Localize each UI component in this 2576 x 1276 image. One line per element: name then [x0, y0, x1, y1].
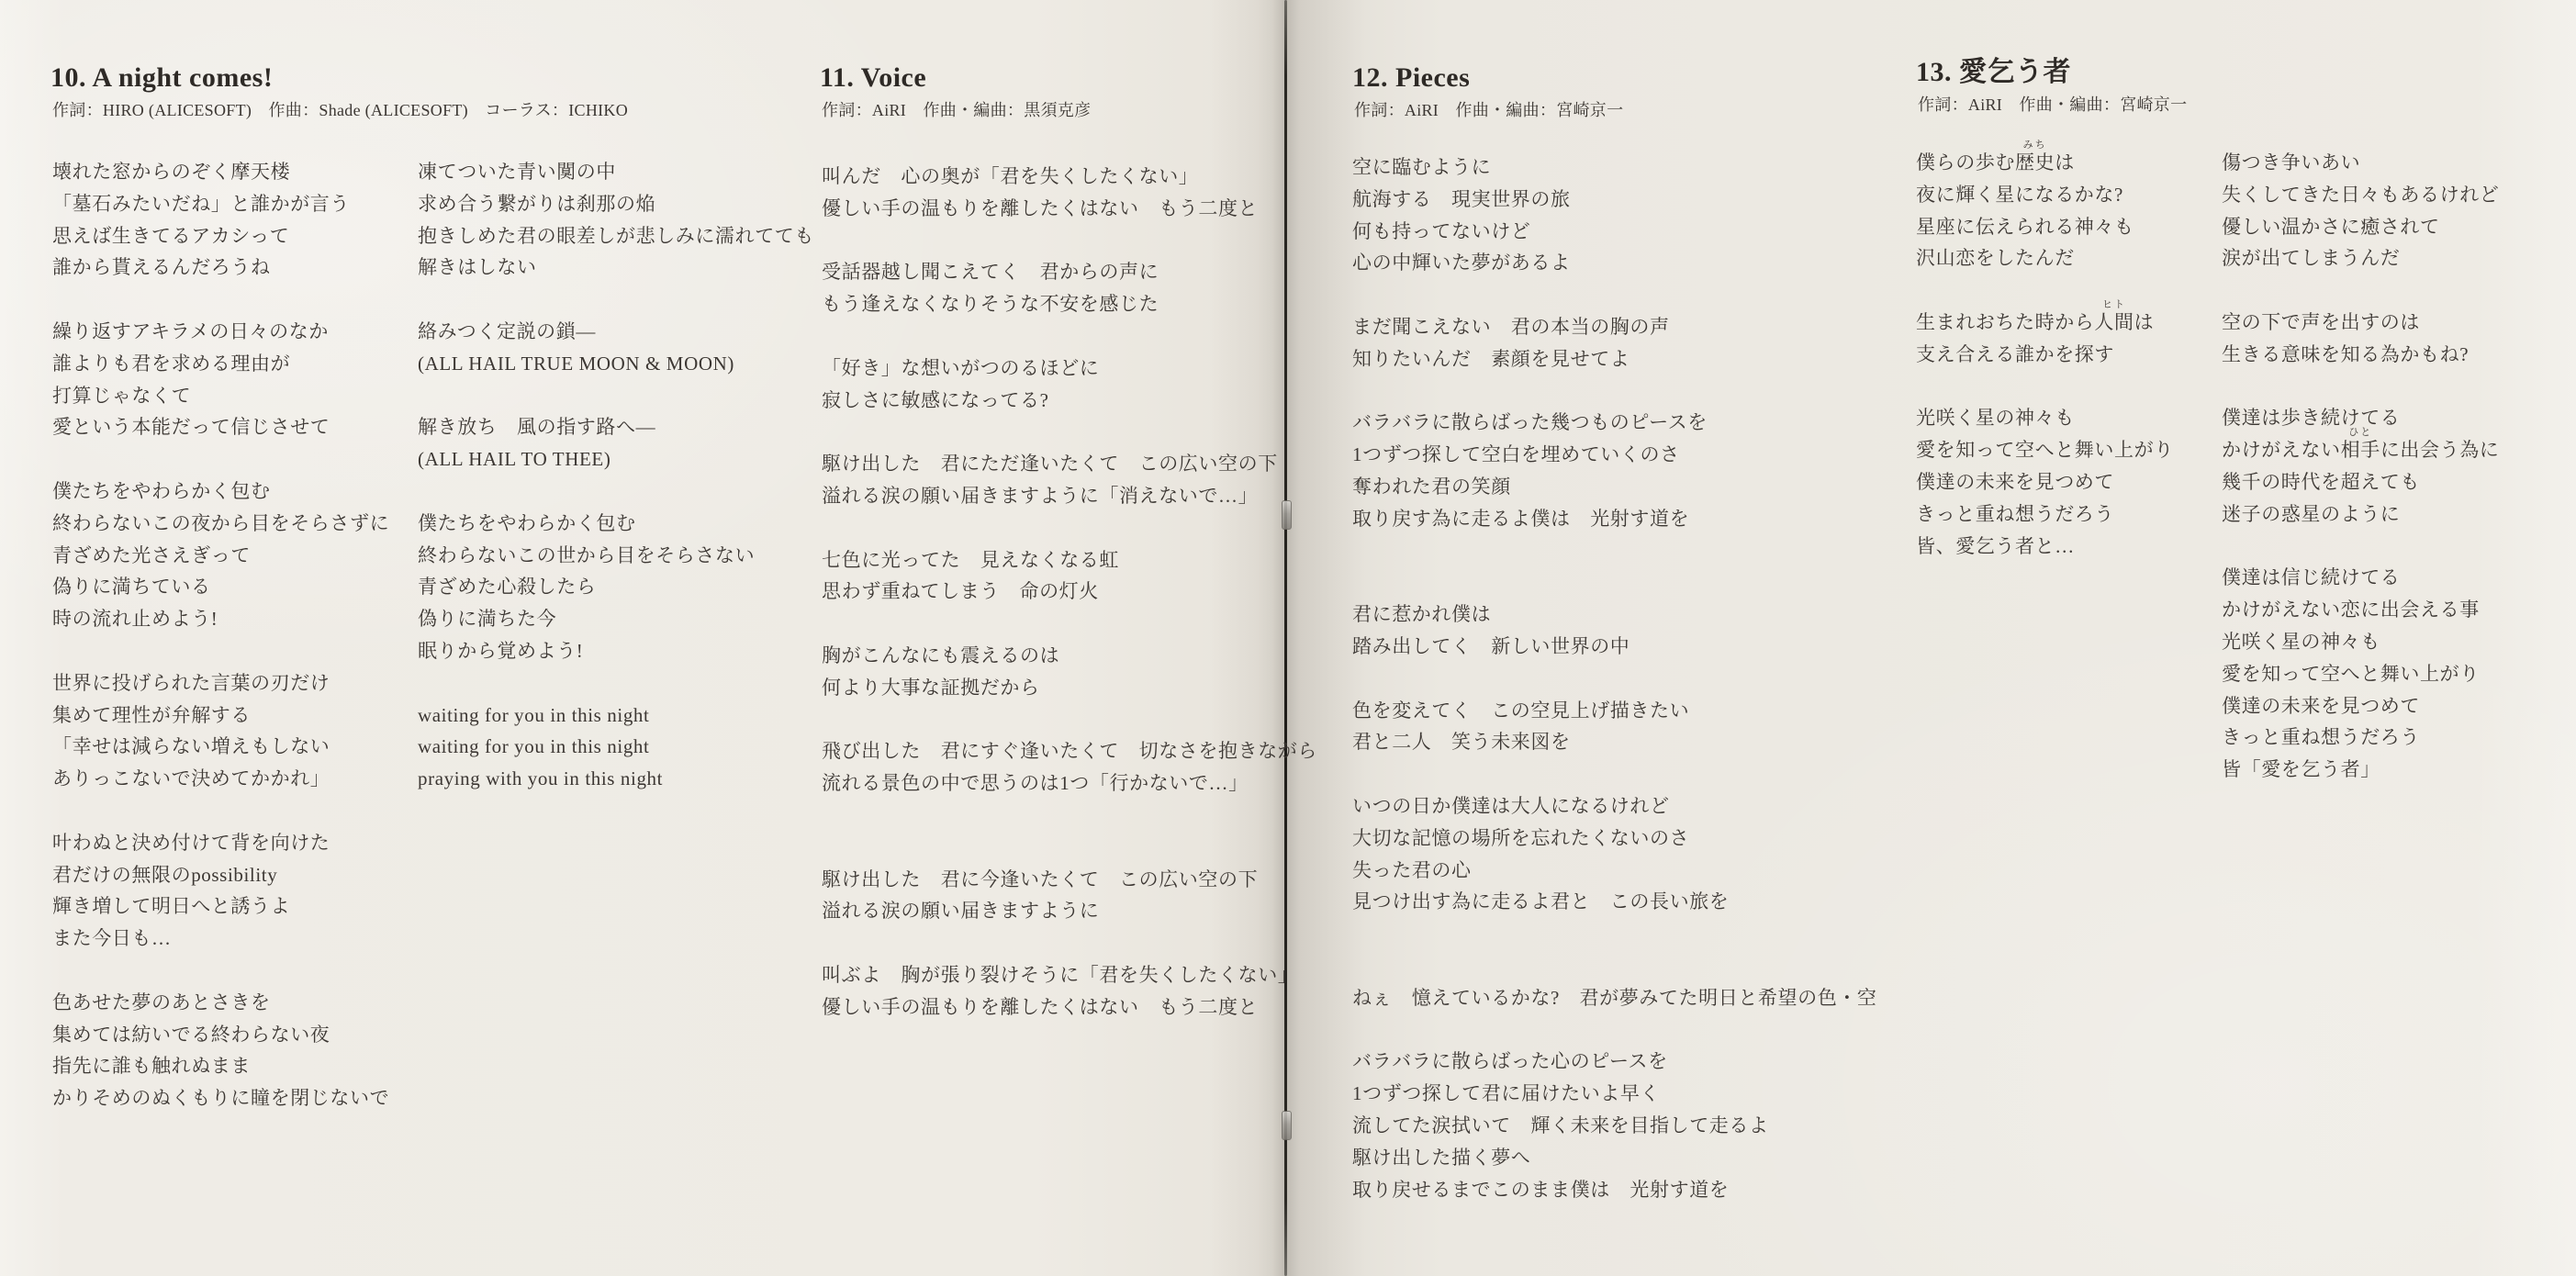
lyric-line: 七色に光ってた 見えなくなる虹: [822, 544, 1317, 576]
lyric-line: 取り戻せるまでこのまま僕は 光射す道を: [1352, 1174, 1877, 1206]
lyric-line: 涙が出てしまうんだ: [2222, 242, 2499, 274]
lyric-line: 優しい温かさに癒されて: [2222, 211, 2499, 243]
song-12-credits: 作詞：AiRI 作曲・編曲：宮崎京一: [1354, 100, 1623, 120]
lyric-line: 皆、愛乞う者と…: [1916, 531, 2174, 563]
song-13-section: 13. 愛乞う者 作詞：AiRI 作曲・編曲：宮崎京一: [1916, 57, 2187, 115]
lyric-line: 優しい手の温もりを離したくはない もう二度と: [822, 193, 1317, 225]
song-10-title: 10. A night comes!: [50, 62, 628, 94]
lyric-line: もう逢えなくなりそうな不安を感じた: [822, 288, 1317, 320]
lyric-line: 凍てついた青い闃の中: [418, 156, 814, 188]
lyric-line: 大切な記憶の場所を忘れたくないのさ: [1352, 823, 1877, 855]
song-12-title: 12. Pieces: [1352, 62, 1623, 94]
lyric-line: 叫んだ 心の奥が「君を失くしたくない」: [822, 161, 1317, 193]
lyric-line: 絡みつく定説の鎖―: [418, 316, 814, 348]
lyric-line: 君と二人 笑う未来図を: [1352, 726, 1877, 758]
lyric-line: 流してた涙拭いて 輝く未来を目指して走るよ: [1352, 1110, 1877, 1142]
lyric-line: 踏み出してく 新しい世界の中: [1352, 631, 1877, 663]
stanza: 僕たちをやわらかく包む終わらないこの夜から目をそらさずに青ざめた光さえぎって偽り…: [52, 476, 389, 635]
song-13-column-2: 傷つき争いあい失くしてきた日々もあるけれど優しい温かさに癒されて涙が出てしまうん…: [2222, 147, 2499, 786]
lyric-line: 壊れた窓からのぞく摩天楼: [52, 156, 389, 188]
stanza: 僕達は信じ続けてるかけがえない恋に出会える事光咲く星の神々も愛を知って空へと舞い…: [2222, 562, 2499, 786]
lyric-line: 僕達は信じ続けてる: [2222, 562, 2499, 594]
lyric-line: 1つずつ探して君に届けたいよ早く: [1352, 1078, 1877, 1110]
stanza: バラバラに散らばった幾つものピースを1つずつ探して空白を埋めていくのさ奪われた君…: [1352, 407, 1877, 534]
lyric-line: また今日も…: [52, 923, 389, 955]
lyric-line: 優しい手の温もりを離したくはない もう二度と: [822, 991, 1317, 1024]
stanza: まだ聞こえない 君の本当の胸の声知りたいんだ 素顔を見せてよ: [1352, 311, 1877, 375]
stanza: ねぇ 憶えているかな? 君が夢みてた明日と希望の色・空: [1352, 982, 1877, 1014]
lyric-line: waiting for you in this night: [418, 700, 814, 732]
stanza: 君に惹かれ僕は踏み出してく 新しい世界の中: [1352, 599, 1877, 663]
lyric-line: 皆「愛を乞う者」: [2222, 754, 2499, 786]
song-10-column-1: 壊れた窓からのぞく摩天楼「墓石みたいだね」と誰かが言う思えば生きてるアカシって誰…: [52, 156, 389, 1114]
lyric-line: [418, 380, 814, 412]
lyric-line: 生きる意味を知る為かもね?: [2222, 339, 2499, 371]
song-11-credits: 作詞：AiRI 作曲・編曲：黒須克彦: [822, 100, 1091, 120]
lyric-line: 駆け出した 君にただ逢いたくて この広い空の下: [822, 448, 1317, 480]
stanza: 僕たちをやわらかく包む終わらないこの世から目をそらさない青ざめた心殺したら偽りに…: [418, 508, 814, 667]
lyric-line: かけがえない恋に出会える事: [2222, 594, 2499, 626]
lyric-line: 知りたいんだ 素顔を見せてよ: [1352, 343, 1877, 375]
lyric-line: バラバラに散らばった幾つものピースを: [1352, 407, 1877, 439]
lyric-line: きっと重ね想うだろう: [1916, 498, 2174, 531]
ruby-base: みち歴史: [2015, 151, 2055, 173]
stanza: waiting for you in this nightwaiting for…: [418, 700, 814, 795]
lyric-line: まだ聞こえない 君の本当の胸の声: [1352, 311, 1877, 343]
lyric-line: 愛を知って空へと舞い上がり: [2222, 658, 2499, 690]
stanza: 世界に投げられた言葉の刃だけ集めて理性が弁解する「幸せは減らない増えもしないあり…: [52, 667, 389, 795]
stanza: バラバラに散らばった心のピースを1つずつ探して君に届けたいよ早く流してた涙拭いて…: [1352, 1046, 1877, 1205]
lyric-line: 愛を知って空へと舞い上がり: [1916, 434, 2174, 466]
lyric-line: 色あせた夢のあとさきを: [52, 987, 389, 1019]
lyric-line: 繰り返すアキラメの日々のなか: [52, 316, 389, 348]
lyric-line: 見つけ出す為に走るよ君と この長い旅を: [1352, 886, 1877, 918]
stanza: 受話器越し聞こえてく 君からの声にもう逢えなくなりそうな不安を感じた: [822, 256, 1317, 320]
lyric-line: 終わらないこの世から目をそらさない: [418, 540, 814, 572]
lyric-line: 抱きしめた君の眼差しが悲しみに濡れてても: [418, 220, 814, 252]
lyric-line: 集めて理性が弁解する: [52, 700, 389, 732]
lyric-line: 迷子の惑星のように: [2222, 498, 2499, 531]
lyric-line: waiting for you in this night: [418, 731, 814, 763]
stanza: 胸がこんなにも震えるのは何より大事な証拠だから: [822, 640, 1317, 704]
stanza: 光咲く星の神々も愛を知って空へと舞い上がり僕達の未来を見つめてきっと重ね想うだろ…: [1916, 402, 2174, 562]
lyric-line: 「墓石みたいだね」と誰かが言う: [52, 188, 389, 220]
lyric-line: 寂しさに敏感になってる?: [822, 385, 1317, 417]
stanza: 空の下で声を出すのは生きる意味を知る為かもね?: [2222, 307, 2499, 371]
song-10-section: 10. A night comes! 作詞：HIRO (ALICESOFT) 作…: [50, 62, 628, 120]
lyric-line: 空に臨むように: [1352, 151, 1877, 184]
lyric-line: 何より大事な証拠だから: [822, 672, 1317, 704]
lyric-line: 駆け出した描く夢へ: [1352, 1142, 1877, 1174]
lyric-line: かけがえないひと相手に出会う為に: [2222, 434, 2499, 466]
lyric-line: ありっこないで決めてかかれ」: [52, 763, 389, 795]
lyric-line: 失くしてきた日々もあるけれど: [2222, 179, 2499, 211]
lyric-line: 君だけの無限のpossibility: [52, 859, 389, 891]
ruby-base: ひと相手: [2341, 439, 2380, 461]
ruby-base: ヒト人間: [2094, 311, 2134, 333]
lyric-line: 僕らの歩むみち歴史は: [1916, 147, 2174, 179]
lyric-line: 胸がこんなにも震えるのは: [822, 640, 1317, 672]
lyric-line: バラバラに散らばった心のピースを: [1352, 1046, 1877, 1078]
lyric-line: 光咲く星の神々も: [1916, 402, 2174, 434]
stanza: 凍てついた青い闃の中求め合う繋がりは刹那の焔抱きしめた君の眼差しが悲しみに濡れて…: [418, 156, 814, 284]
lyric-line: 光咲く星の神々も: [2222, 626, 2499, 658]
lyric-line: 集めては紡いでる終わらない夜: [52, 1019, 389, 1051]
lyric-line: (ALL HAIL TRUE MOON & MOON): [418, 348, 814, 380]
lyric-line: 取り戻す為に走るよ僕は 光射す道を: [1352, 503, 1877, 535]
lyric-line: 求め合う繋がりは刹那の焔: [418, 188, 814, 220]
stanza: 駆け出した 君にただ逢いたくて この広い空の下溢れる涙の願い届きますように「消え…: [822, 448, 1317, 512]
lyric-line: 眠りから覚めよう!: [418, 635, 814, 667]
lyric-line: 失った君の心: [1352, 855, 1877, 887]
lyric-line: 駆け出した 君に今逢いたくて この広い空の下: [822, 864, 1317, 896]
lyric-line: 世界に投げられた言葉の刃だけ: [52, 667, 389, 700]
lyric-line: 生まれおちた時からヒト人間は: [1916, 307, 2174, 339]
song-13-column-1: 僕らの歩むみち歴史は夜に輝く星になるかな?星座に伝えられる神々も沢山恋をしたんだ…: [1916, 147, 2174, 562]
lyric-line: 輝き増して明日へと誘うよ: [52, 890, 389, 923]
lyric-line: ねぇ 憶えているかな? 君が夢みてた明日と希望の色・空: [1352, 982, 1877, 1014]
lyric-line: 色を変えてく この空見上げ描きたい: [1352, 695, 1877, 727]
stanza: 空に臨むように航海する 現実世界の旅何も持ってないけど心の中輝いた夢があるよ: [1352, 151, 1877, 279]
lyric-line: 受話器越し聞こえてく 君からの声に: [822, 256, 1317, 288]
stanza: 生まれおちた時からヒト人間は支え合える誰かを探す: [1916, 307, 2174, 371]
stanza: 色を変えてく この空見上げ描きたい君と二人 笑う未来図を: [1352, 695, 1877, 759]
stanza: 色あせた夢のあとさきを集めては紡いでる終わらない夜指先に誰も触れぬままかりそめの…: [52, 987, 389, 1114]
lyric-line: 偽りに満ちている: [52, 571, 389, 603]
stanza: 飛び出した 君にすぐ逢いたくて 切なさを抱きながら流れる景色の中で思うのは1つ「…: [822, 735, 1317, 800]
song-10-credits: 作詞：HIRO (ALICESOFT) 作曲：Shade (ALICESOFT)…: [52, 100, 628, 120]
lyric-line: 星座に伝えられる神々も: [1916, 211, 2174, 243]
lyric-line: 思えば生きてるアカシって: [52, 220, 389, 252]
lyric-line: 思わず重ねてしまう 命の灯火: [822, 576, 1317, 608]
lyric-line: (ALL HAIL TO THEE): [418, 443, 814, 476]
lyric-line: 解き放ち 風の指す路へ―: [418, 411, 814, 443]
lyric-line: 時の流れ止めよう!: [52, 603, 389, 635]
lyric-line: 溢れる涙の願い届きますように「消えないで…」: [822, 480, 1317, 512]
stanza: 僕達は歩き続けてるかけがえないひと相手に出会う為に幾千の時代を超えても迷子の惑星…: [2222, 402, 2499, 530]
lyric-line: 僕たちをやわらかく包む: [418, 508, 814, 540]
ruby-furigana: ヒト: [2102, 300, 2126, 310]
lyric-line: 幾千の時代を超えても: [2222, 466, 2499, 498]
stanza: 叶わぬと決め付けて背を向けた君だけの無限のpossibility輝き増して明日へ…: [52, 827, 389, 955]
lyric-line: 解きはしない: [418, 252, 814, 284]
stanza: 絡みつく定説の鎖―(ALL HAIL TRUE MOON & MOON) 解き放…: [418, 316, 814, 476]
lyric-line: 何も持ってないけど: [1352, 216, 1877, 248]
lyric-line: 奪われた君の笑顔: [1352, 471, 1877, 503]
stanza: 叫んだ 心の奥が「君を失くしたくない」優しい手の温もりを離したくはない もう二度…: [822, 161, 1317, 225]
stanza: 叫ぶよ 胸が張り裂けそうに「君を失くしたくない」優しい手の温もりを離したくはない…: [822, 959, 1317, 1024]
staple-bottom: [1282, 1111, 1292, 1140]
lyric-line: 青ざめた心殺したら: [418, 571, 814, 603]
lyric-line: いつの日か僕達は大人になるけれど: [1352, 790, 1877, 823]
lyric-line: 1つずつ探して空白を埋めていくのさ: [1352, 439, 1877, 471]
lyric-line: 愛という本能だって信じさせて: [52, 411, 389, 443]
song-11-title: 11. Voice: [820, 62, 1091, 94]
lyric-line: 終わらないこの夜から目をそらさずに: [52, 508, 389, 540]
lyric-line: 誰よりも君を求める理由が: [52, 348, 389, 380]
ruby-furigana: ひと: [2348, 428, 2372, 438]
lyric-line: 僕達の未来を見つめて: [2222, 690, 2499, 722]
lyric-line: 支え合える誰かを探す: [1916, 339, 2174, 371]
lyric-line: 心の中輝いた夢があるよ: [1352, 247, 1877, 279]
stanza: 壊れた窓からのぞく摩天楼「墓石みたいだね」と誰かが言う思えば生きてるアカシって誰…: [52, 156, 389, 284]
stanza: 傷つき争いあい失くしてきた日々もあるけれど優しい温かさに癒されて涙が出てしまうん…: [2222, 147, 2499, 274]
lyric-line: 「幸せは減らない増えもしない: [52, 731, 389, 763]
song-11-column-1: 叫んだ 心の奥が「君を失くしたくない」優しい手の温もりを離したくはない もう二度…: [822, 161, 1317, 1024]
lyric-line: 飛び出した 君にすぐ逢いたくて 切なさを抱きながら: [822, 735, 1317, 767]
song-10-column-2: 凍てついた青い闃の中求め合う繋がりは刹那の焔抱きしめた君の眼差しが悲しみに濡れて…: [418, 156, 814, 795]
lyric-line: praying with you in this night: [418, 763, 814, 795]
stanza: いつの日か僕達は大人になるけれど大切な記憶の場所を忘れたくないのさ失った君の心見…: [1352, 790, 1877, 918]
song-11-section: 11. Voice 作詞：AiRI 作曲・編曲：黒須克彦: [820, 62, 1091, 120]
lyric-line: 指先に誰も触れぬまま: [52, 1050, 389, 1082]
lyric-line: 航海する 現実世界の旅: [1352, 184, 1877, 216]
song-13-title: 13. 愛乞う者: [1916, 57, 2187, 88]
lyric-line: 誰から貰えるんだろうね: [52, 252, 389, 284]
lyric-line: 僕達の未来を見つめて: [1916, 466, 2174, 498]
lyric-line: 空の下で声を出すのは: [2222, 307, 2499, 339]
lyric-line: 傷つき争いあい: [2222, 147, 2499, 179]
song-12-section: 12. Pieces 作詞：AiRI 作曲・編曲：宮崎京一: [1352, 62, 1623, 120]
song-12-column-1: 空に臨むように航海する 現実世界の旅何も持ってないけど心の中輝いた夢があるよまだ…: [1352, 151, 1877, 1205]
stanza: 駆け出した 君に今逢いたくて この広い空の下溢れる涙の願い届きますように: [822, 864, 1317, 928]
stanza: 七色に光ってた 見えなくなる虹思わず重ねてしまう 命の灯火: [822, 544, 1317, 609]
lyric-line: 沢山恋をしたんだ: [1916, 242, 2174, 274]
lyric-line: 夜に輝く星になるかな?: [1916, 179, 2174, 211]
stanza: 僕らの歩むみち歴史は夜に輝く星になるかな?星座に伝えられる神々も沢山恋をしたんだ: [1916, 147, 2174, 274]
booklet-spread: 10. A night comes! 作詞：HIRO (ALICESOFT) 作…: [0, 0, 2576, 1276]
lyric-line: 叫ぶよ 胸が張り裂けそうに「君を失くしたくない」: [822, 959, 1317, 991]
lyric-line: 偽りに満ちた今: [418, 603, 814, 635]
lyric-line: 「好き」な想いがつのるほどに: [822, 353, 1317, 385]
lyric-line: 溢れる涙の願い届きますように: [822, 895, 1317, 927]
ruby-furigana: みち: [2023, 140, 2047, 151]
lyric-line: かりそめのぬくもりに瞳を閉じないで: [52, 1082, 389, 1114]
lyric-line: 流れる景色の中で思うのは1つ「行かないで…」: [822, 767, 1317, 800]
lyric-line: 叶わぬと決め付けて背を向けた: [52, 827, 389, 859]
stanza: 繰り返すアキラメの日々のなか誰よりも君を求める理由が打算じゃなくて愛という本能だ…: [52, 316, 389, 443]
lyric-line: 僕たちをやわらかく包む: [52, 476, 389, 508]
lyric-line: 打算じゃなくて: [52, 380, 389, 412]
stanza: 「好き」な想いがつのるほどに寂しさに敏感になってる?: [822, 353, 1317, 417]
lyric-line: きっと重ね想うだろう: [2222, 722, 2499, 754]
song-13-credits: 作詞：AiRI 作曲・編曲：宮崎京一: [1918, 95, 2187, 115]
lyric-line: 君に惹かれ僕は: [1352, 599, 1877, 631]
lyric-line: 青ざめた光さえぎって: [52, 540, 389, 572]
